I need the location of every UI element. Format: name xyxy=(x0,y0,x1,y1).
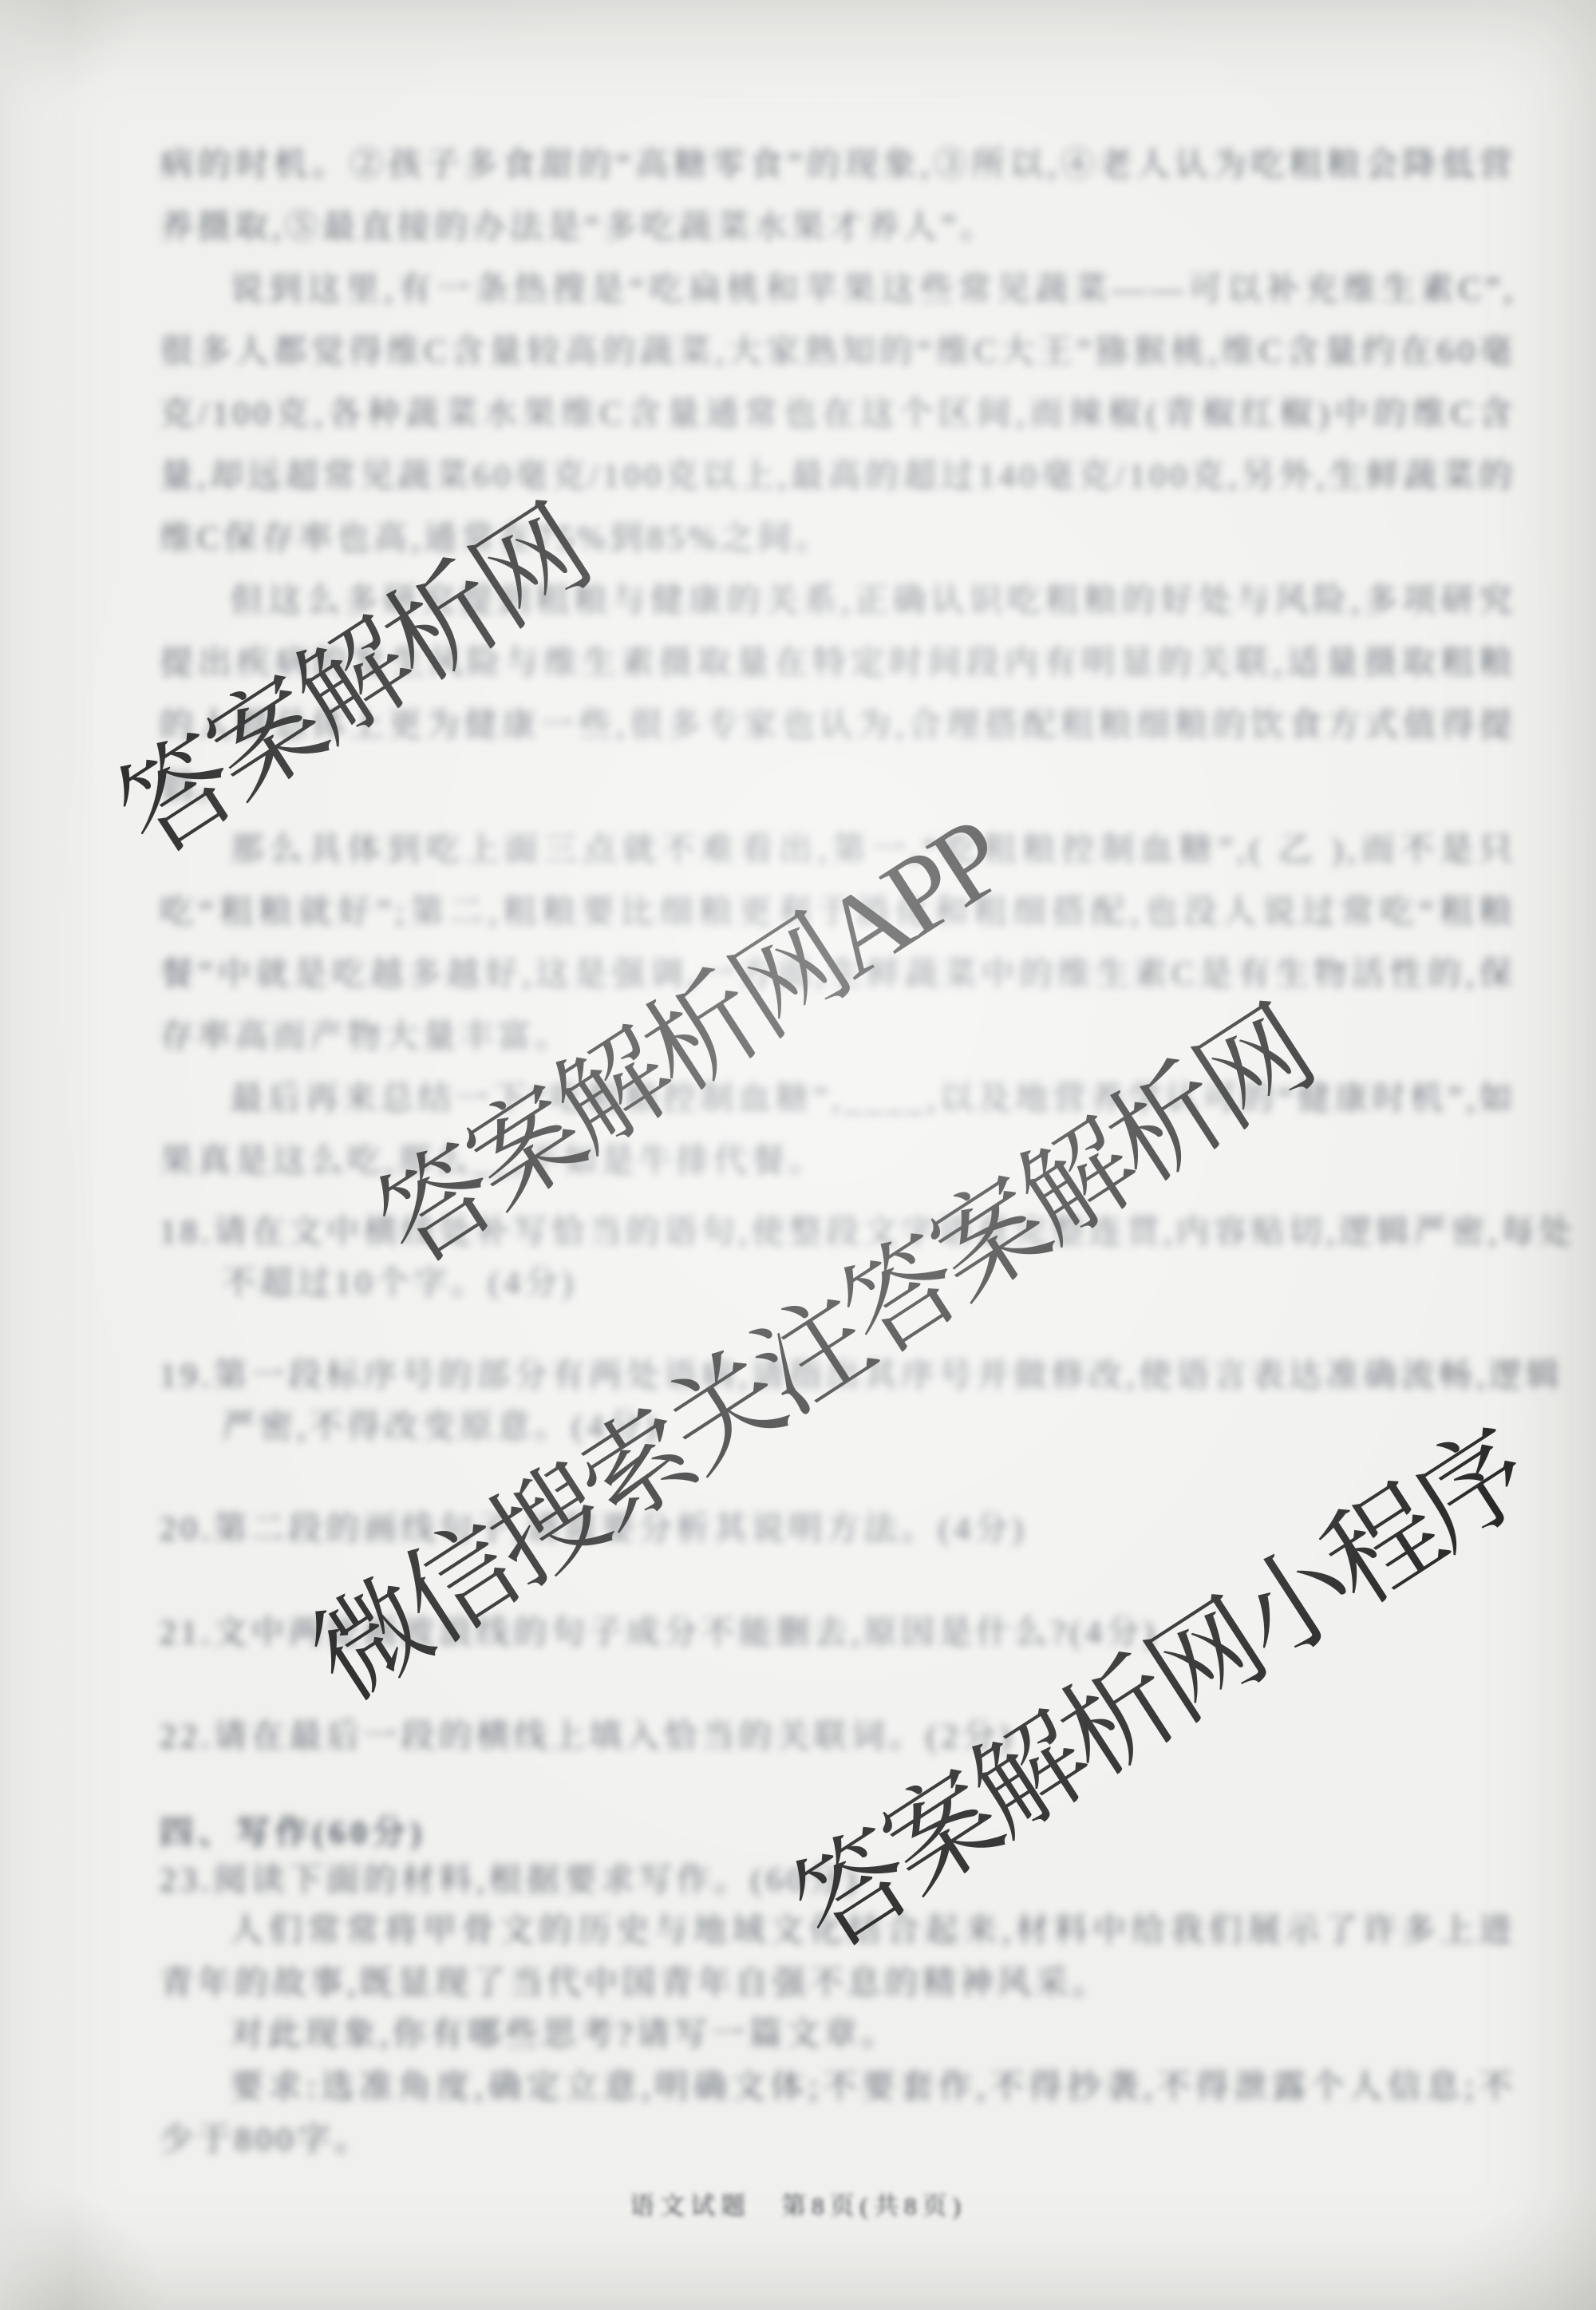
page-footer: 语文试题 第8页(共8页) xyxy=(0,2185,1596,2221)
scanned-exam-page: 病的时机。②孩子多食甜的“高糖零食”的现象,③所以,④老人认为吃粗粮会降低营养摄… xyxy=(0,0,1596,2310)
footer-layer: 语文试题 第8页(共8页) xyxy=(0,0,1596,2310)
